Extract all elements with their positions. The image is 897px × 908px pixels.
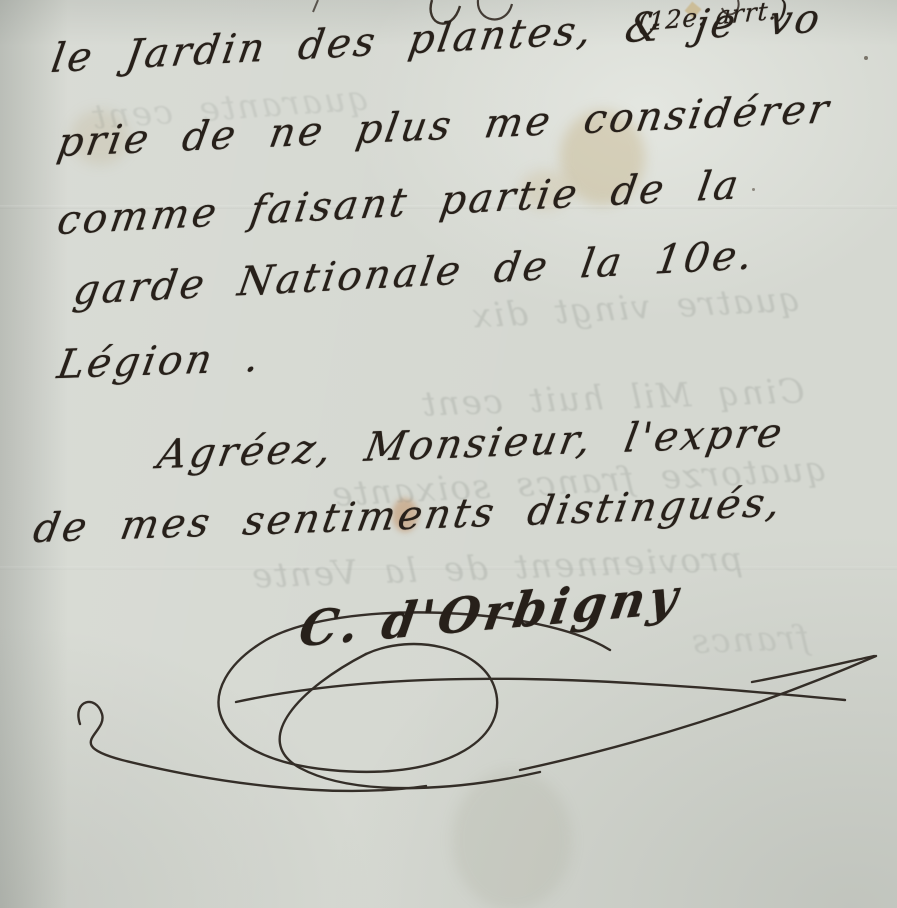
bleedthrough-line: francs [689,618,810,662]
paper-stain [452,770,572,908]
ink-speck [752,188,755,191]
letter-photograph: quatre vingt dix Cinq Mil huit cent quat… [0,0,897,908]
letter-line: Légion . [54,335,266,388]
letter-line: comme faisant partie de la [54,162,744,244]
letter-line: le Jardin des plantes, & je vo [48,0,825,82]
ink-speck [864,56,868,60]
